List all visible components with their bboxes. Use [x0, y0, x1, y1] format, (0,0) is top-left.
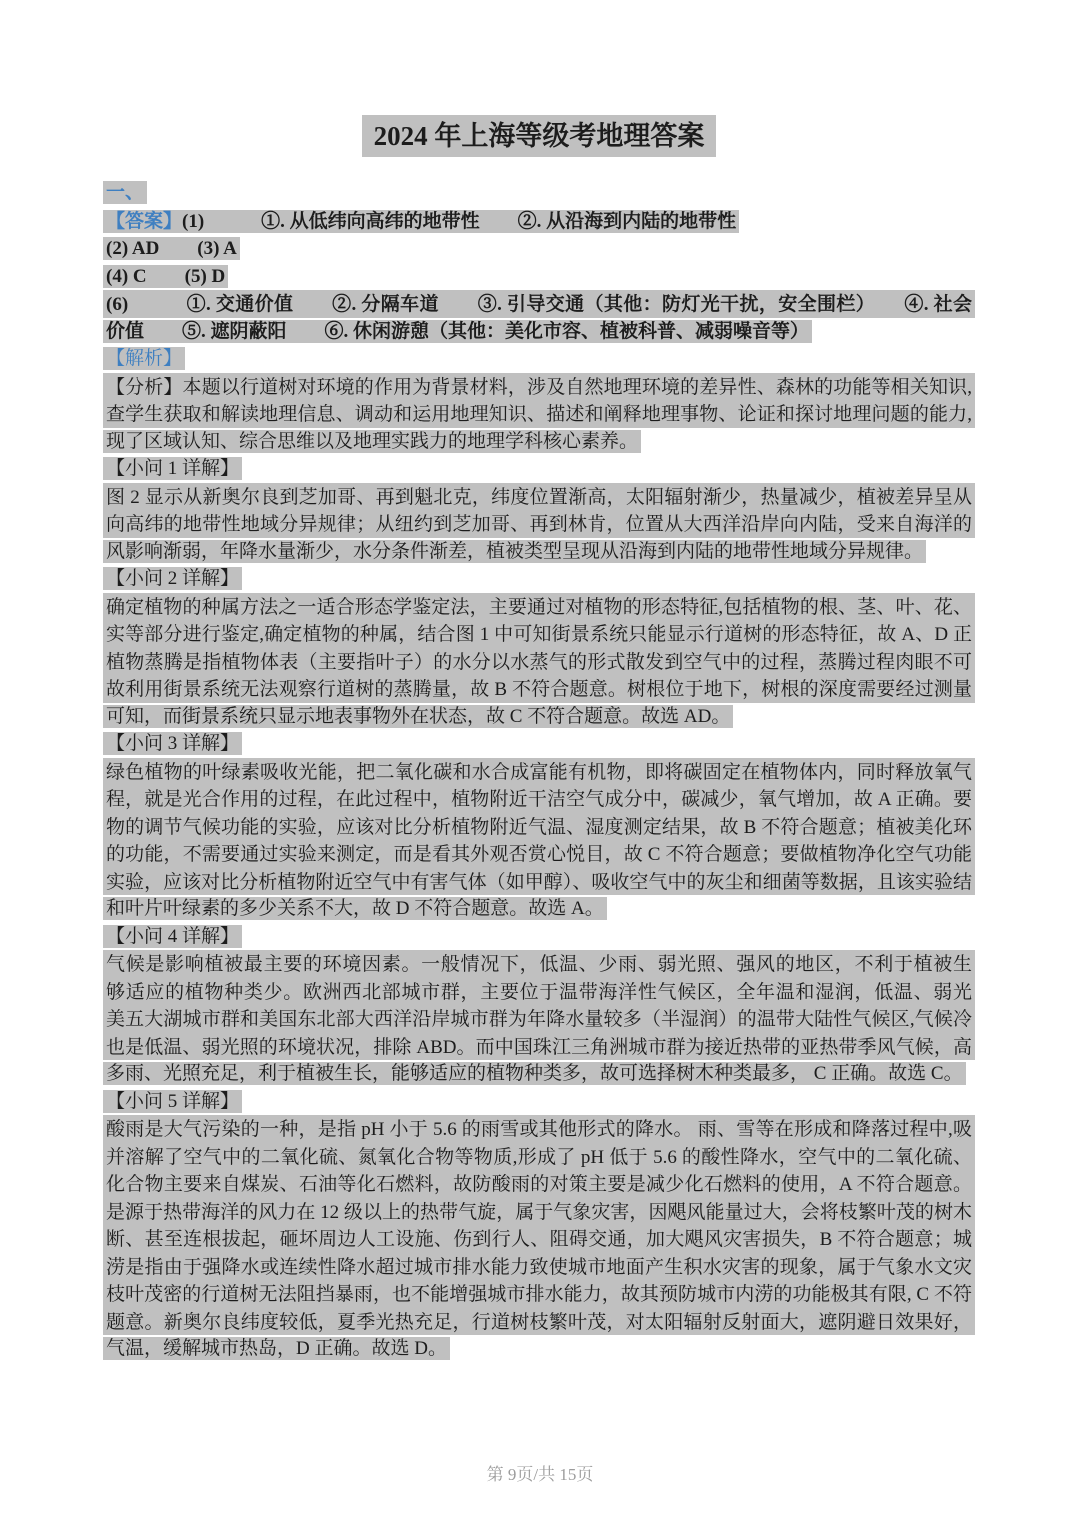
subquestion-4-line-3: 美五大湖城市群和美国东北部大西洋沿岸城市群为年降水量较多（半湿润）的温带大陆性气… [103, 1005, 975, 1033]
analysis-line-1: 【分析】本题以行道树对环境的作用为背景材料，涉及自然地理环境的差异性、森林的功能… [103, 373, 975, 401]
subquestion-2-line-3: 植物蒸腾是指植物体表（主要指叶子）的水分以水蒸气的形式散发到空气中的过程，蒸腾过… [103, 648, 975, 676]
page-title: 2024 年上海等级考地理答案 [362, 115, 717, 157]
document-page: 2024 年上海等级考地理答案 一、 【答案】(1) ①. 从低纬向高纬的地带性… [0, 0, 1080, 1515]
subquestion-5-heading: 【小问 5 详解】 [103, 1088, 975, 1116]
analysis-label: 【解析】 [103, 347, 185, 370]
analysis-line-2: 查学生获取和解读地理信息、调动和运用地理知识、描述和阐释地理事物、论证和探讨地理… [103, 400, 975, 428]
subquestion-5-line-7: 枝叶茂密的行道树无法阻挡暴雨，也不能增强城市排水能力，故其预防城市内涝的功能极其… [103, 1280, 975, 1308]
analysis-label-row: 【解析】 [103, 345, 975, 373]
subquestion-1-line-1: 图 2 显示从新奥尔良到芝加哥、再到魁北克，纬度位置渐高，太阳辐射渐少，热量减少… [103, 483, 975, 511]
subquestion-4-line-2: 够适应的植物种类少。欧洲西北部城市群，主要位于温带海洋性气候区，全年温和湿润，低… [103, 978, 975, 1006]
subquestion-5-line-6: 涝是指由于强降水或连续性降水超过城市排水能力致使城市地面产生积水灾害的现象，属于… [103, 1253, 975, 1281]
answer-line-4b: 价值 ⑤. 遮阴蔽阳 ⑥. 休闲游憩（其他：美化市容、植被科普、减弱噪音等） [103, 318, 975, 346]
subquestion-1-heading: 【小问 1 详解】 [103, 455, 975, 483]
subquestion-5-line-3: 化合物主要来自煤炭、石油等化石燃料，故防酸雨的对策主要是减少化石燃料的使用，A … [103, 1170, 975, 1198]
title-row: 2024 年上海等级考地理答案 [103, 119, 975, 165]
subquestion-5-line-5: 断、甚至连根拔起，砸坏周边人工设施、伤到行人、阻碍交通，加大飓风灾害损失，B 不… [103, 1225, 975, 1253]
answer-line-1: 【答案】(1) ①. 从低纬向高纬的地带性 ②. 从沿海到内陆的地带性 [103, 208, 975, 236]
subquestion-1-line-3: 风影响渐弱，年降水量渐少，水分条件渐差，植被类型呈现从沿海到内陆的地带性地域分异… [103, 538, 975, 566]
section-one-marker: 一、 [103, 181, 147, 204]
answer-line-4a: (6) ①. 交通价值 ②. 分隔车道 ③. 引导交通（其他：防灯光干扰，安全围… [103, 290, 975, 318]
document-content: 2024 年上海等级考地理答案 一、 【答案】(1) ①. 从低纬向高纬的地带性… [103, 119, 975, 1363]
answer-line-2: (2) AD (3) A [103, 235, 975, 263]
subquestion-4-heading: 【小问 4 详解】 [103, 923, 975, 951]
subquestion-3-line-4: 的功能，不需要通过实验来测定，而是看其外观否赏心悦目，故 C 不符合题意；要做植… [103, 840, 975, 868]
answer-line-3: (4) C (5) D [103, 263, 975, 291]
subquestion-3-line-6: 和叶片叶绿素的多少关系不大，故 D 不符合题意。故选 A。 [103, 895, 975, 923]
subquestion-4-line-1: 气候是影响植被最主要的环境因素。一般情况下，低温、少雨、弱光照、强风的地区，不利… [103, 950, 975, 978]
subquestion-5-line-8: 题意。新奥尔良纬度较低，夏季光热充足，行道树枝繁叶茂，对太阳辐射反射面大，遮阴避… [103, 1308, 975, 1336]
subquestion-4-line-4: 也是低温、弱光照的环境状况，排除 ABD。而中国珠江三角洲城市群为接近热带的亚热… [103, 1033, 975, 1061]
section-one-row: 一、 [103, 179, 975, 207]
page-number: 第 9页/共 15页 [0, 1460, 1080, 1485]
subquestion-3-line-2: 程，就是光合作用的过程，在此过程中，植物附近干洁空气成分中，碳减少，氧气增加，故… [103, 785, 975, 813]
answer-line-1-text: (1) ①. 从低纬向高纬的地带性 ②. 从沿海到内陆的地带性 [182, 211, 736, 232]
subquestion-5-line-4: 是源于热带海洋的风力在 12 级以上的热带气旋，属于气象灾害，因飓风能量过大，会… [103, 1198, 975, 1226]
subquestion-3-heading: 【小问 3 详解】 [103, 730, 975, 758]
subquestion-2-line-5: 可知，而街景系统只显示地表事物外在状态，故 C 不符合题意。故选 AD。 [103, 703, 975, 731]
subquestion-5-line-1: 酸雨是大气污染的一种，是指 pH 小于 5.6 的雨雪或其他形式的降水。 雨、雪… [103, 1115, 975, 1143]
answer-label: 【答案】 [106, 211, 182, 232]
subquestion-5-line-9: 气温，缓解城市热岛，D 正确。故选 D。 [103, 1335, 975, 1363]
analysis-line-3: 现了区域认知、综合思维以及地理实践力的地理学科核心素养。 [103, 428, 975, 456]
subquestion-3-line-5: 实验，应该对比分析植物附近空气中有害气体（如甲醇）、吸收空气中的灰尘和细菌等数据… [103, 868, 975, 896]
answer-line-4b-text: 价值 ⑤. 遮阴蔽阳 ⑥. 休闲游憩（其他：美化市容、植被科普、减弱噪音等） [103, 320, 812, 343]
subquestion-2-heading: 【小问 2 详解】 [103, 565, 975, 593]
subquestion-2-line-4: 故利用街景系统无法观察行道树的蒸腾量，故 B 不符合题意。树根位于地下，树根的深… [103, 675, 975, 703]
subquestion-1-line-2: 向高纬的地带性地域分异规律；从纽约到芝加哥、再到林肯，位置从大西洋沿岸向内陆，受… [103, 510, 975, 538]
subquestion-3-line-3: 物的调节气候功能的实验，应该对比分析植物附近气温、湿度测定结果，故 B 不符合题… [103, 813, 975, 841]
subquestion-2-line-1: 确定植物的种属方法之一适合形态学鉴定法，主要通过对植物的形态特征,包括植物的根、… [103, 593, 975, 621]
answer-line-4a-text: (6) ①. 交通价值 ②. 分隔车道 ③. 引导交通（其他：防灯光干扰，安全围… [103, 290, 975, 318]
answer-line-2-text: (2) AD (3) A [103, 237, 240, 260]
subquestion-4-line-5: 多雨、光照充足，利于植被生长，能够适应的植物种类多，故可选择树木种类最多， C … [103, 1060, 975, 1088]
subquestion-5-line-2: 并溶解了空气中的二氧化硫、氮氧化合物等物质,形成了 pH 低于 5.6 的酸性降… [103, 1143, 975, 1171]
subquestion-2-line-2: 实等部分进行鉴定,确定植物的种属，结合图 1 中可知街景系统只能显示行道树的形态… [103, 620, 975, 648]
subquestion-3-line-1: 绿色植物的叶绿素吸收光能，把二氧化碳和水合成富能有机物，即将碳固定在植物体内，同… [103, 758, 975, 786]
answer-line-3-text: (4) C (5) D [103, 265, 228, 288]
